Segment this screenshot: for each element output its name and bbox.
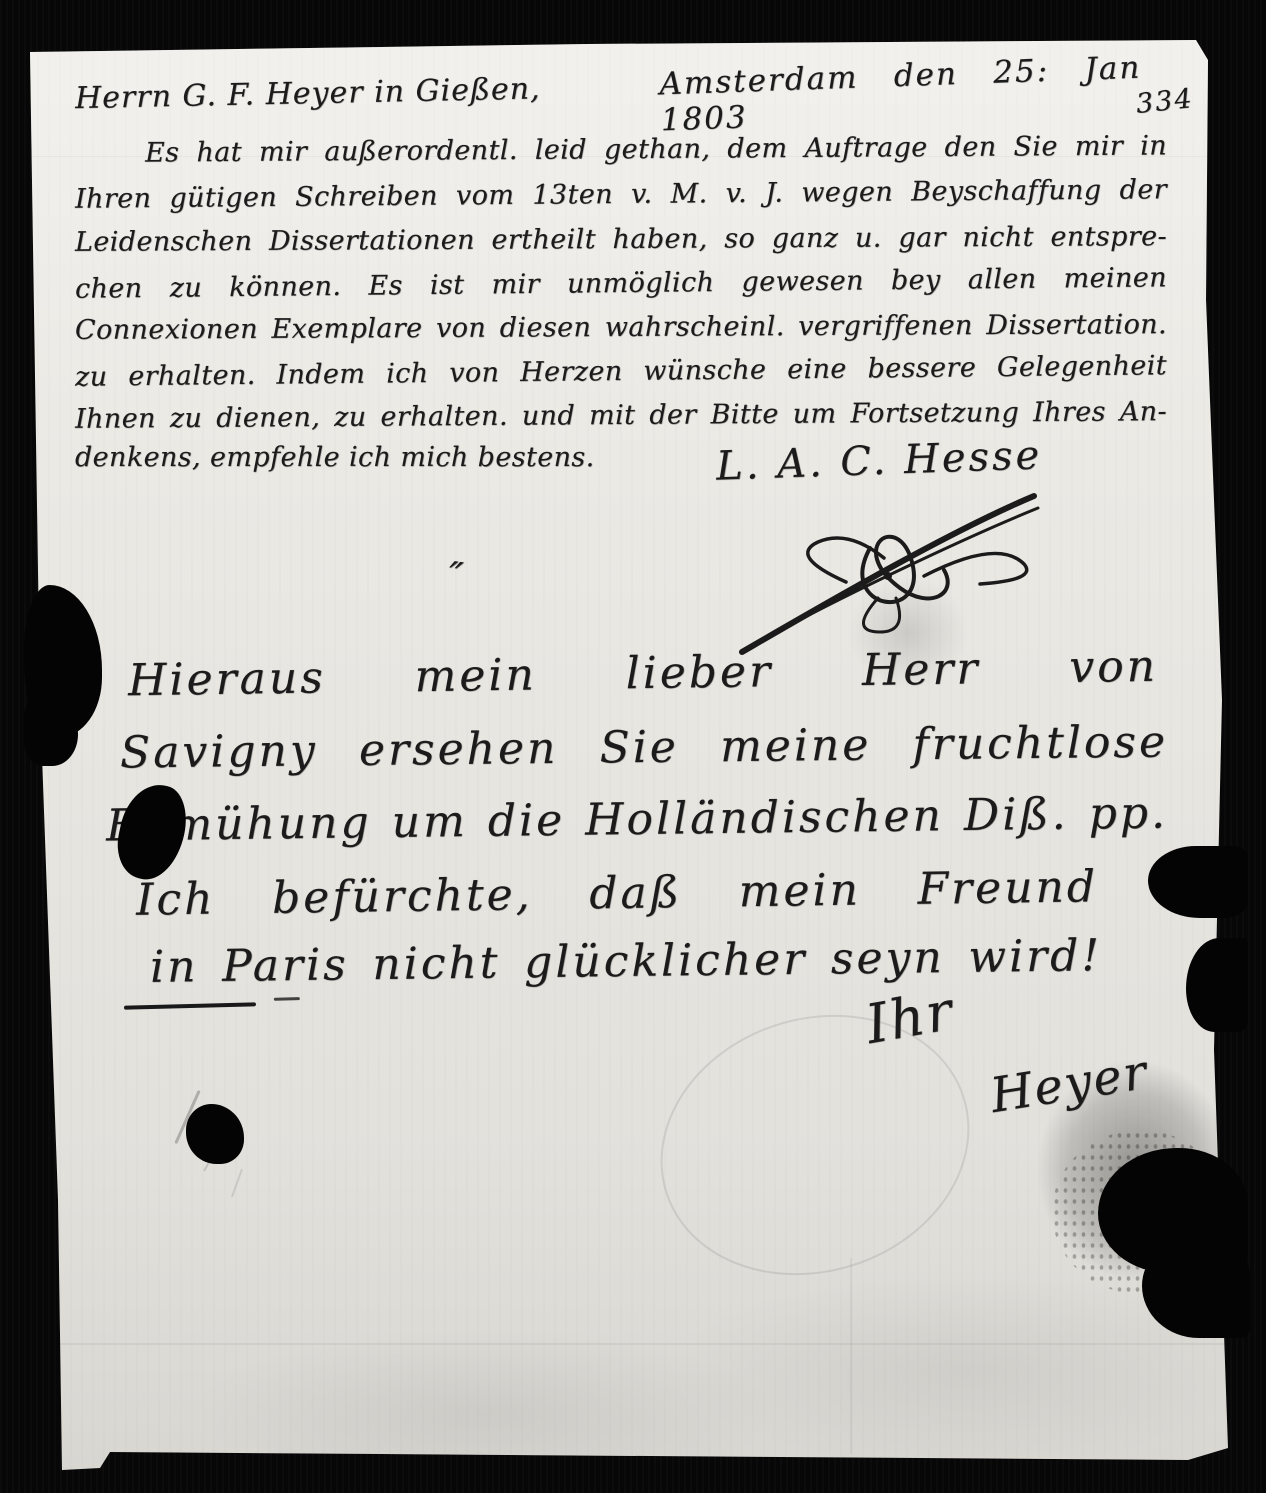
closing-ihr: Ihr — [861, 979, 959, 1056]
body-line: Es hat mir außerordentl. leid gethan, de… — [145, 130, 1167, 168]
body-line: Ihren gütigen Schreiben vom 13ten v. M. … — [75, 174, 1167, 215]
paper-damage-edge — [1148, 846, 1248, 918]
insertion-mark: ″ — [445, 553, 465, 599]
recipient-line: Herrn G. F. Heyer in Gießen, — [75, 71, 568, 116]
signature-flourish — [728, 490, 1048, 660]
body-line: Ihnen zu dienen, zu erhalten. und mit de… — [75, 396, 1167, 435]
fold-crease — [28, 1343, 1230, 1345]
note-line: Bemühung um die Holländischen Diß. pp. — [106, 788, 1169, 852]
body-line: Leidenschen Dissertationen ertheilt habe… — [75, 221, 1167, 258]
note-line: Savigny ersehen Sie meine fruchtlose — [120, 717, 1168, 779]
letter-page: Herrn G. F. Heyer in Gießen, Amsterdam d… — [28, 38, 1230, 1470]
note-line: Ich befürchte, daß mein Freund — [136, 861, 1099, 925]
body-line: denkens, empfehle ich mich bestens. — [75, 442, 595, 473]
dash-mark — [124, 1002, 256, 1009]
ink-blot-large — [1142, 1238, 1250, 1338]
paper-damage-hole — [24, 700, 78, 766]
note-line: in Paris nicht glücklicher seyn wird! — [150, 930, 1103, 993]
letter-scan: Herrn G. F. Heyer in Gießen, Amsterdam d… — [0, 0, 1266, 1493]
body-line: chen zu können. Es ist mir unmöglich gew… — [75, 262, 1167, 304]
dateline: Amsterdam den 25: Jan 1803 — [659, 50, 1143, 139]
note-line: Hieraus mein lieber Herr von — [128, 641, 1159, 706]
fold-crease — [850, 1258, 852, 1454]
body-line: zu erhalten. Indem ich von Herzen wünsch… — [75, 350, 1167, 392]
body-line: Connexionen Exemplare von diesen wahrsch… — [75, 309, 1167, 346]
paper-damage-edge — [1186, 938, 1248, 1032]
folio-number: 334 — [1135, 83, 1195, 120]
signature-hesse: L. A. C. Hesse — [715, 432, 1043, 489]
